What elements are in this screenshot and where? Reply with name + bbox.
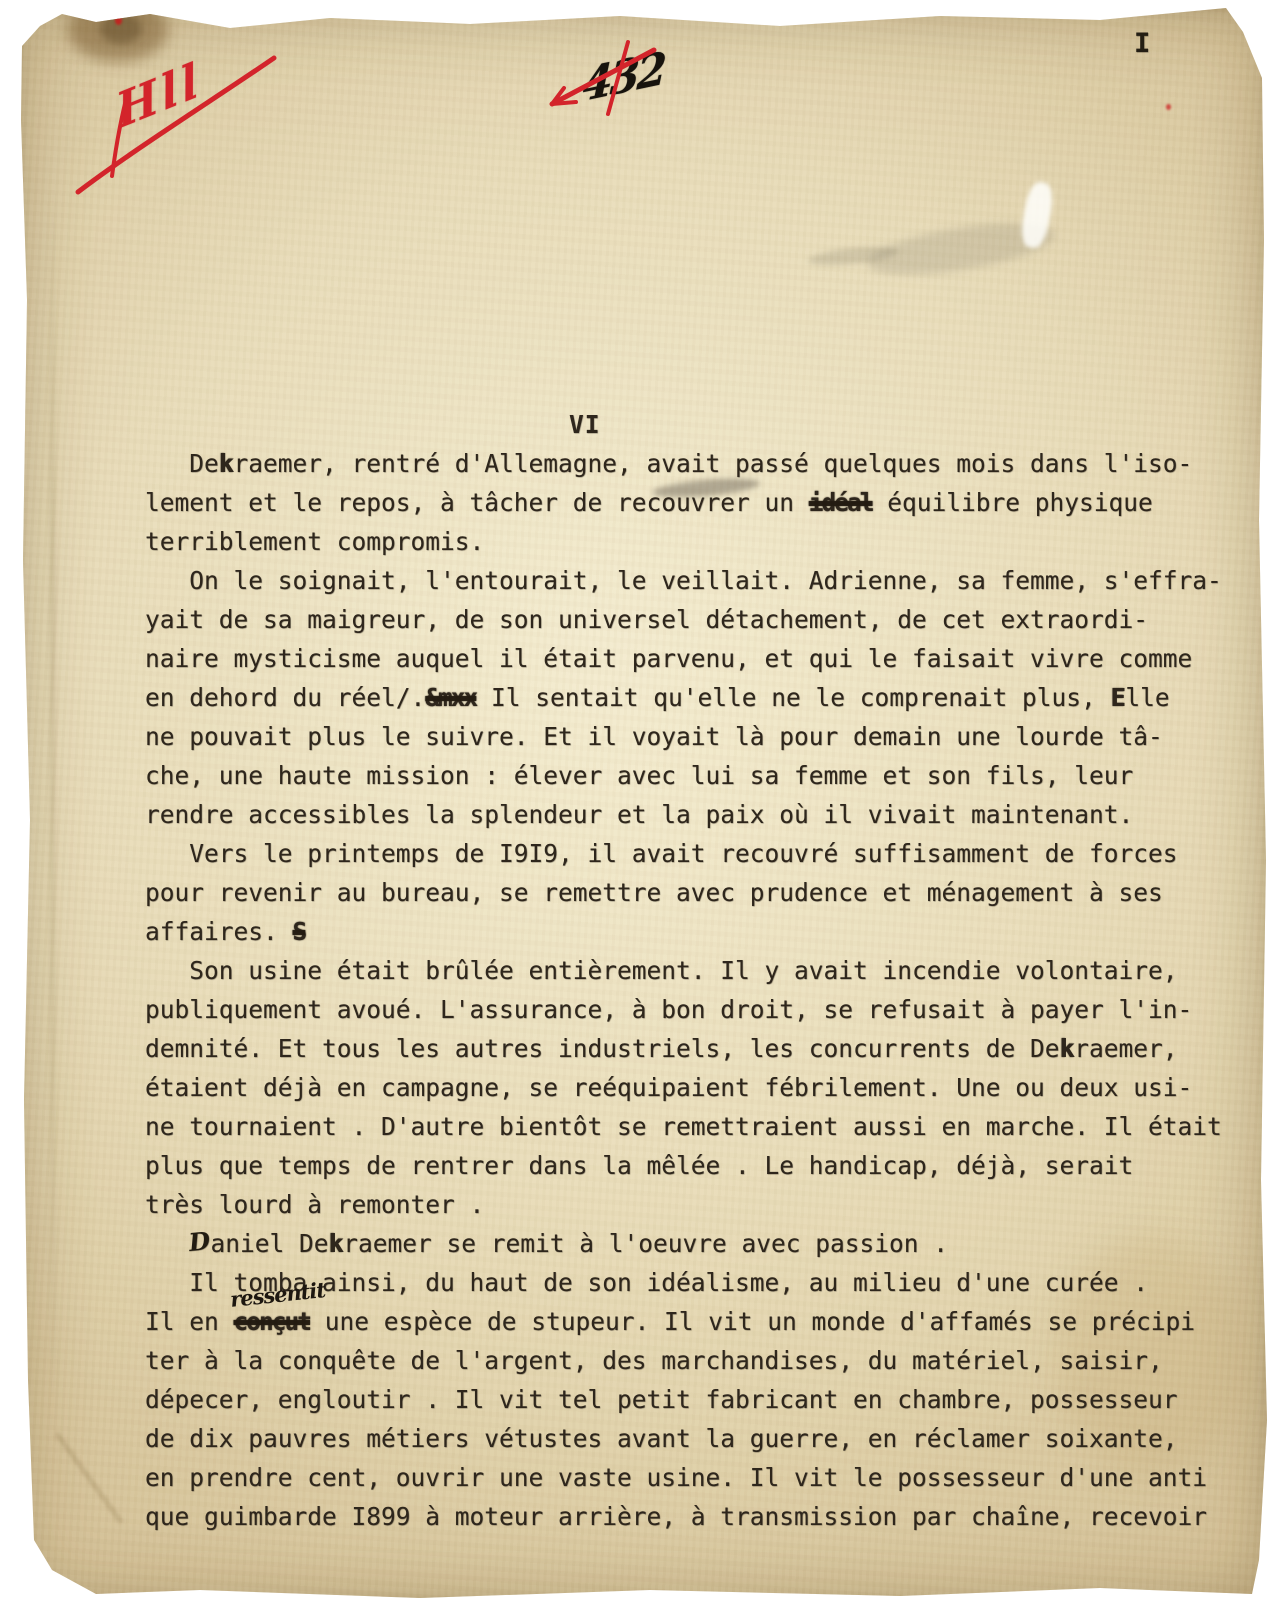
text-line: naire mysticisme auquel il était parvenu… [145,639,1255,678]
typewritten-text: une espèce de stupeur. Il vit un monde d… [310,1307,1195,1336]
brown-stain-dark [100,14,142,44]
typewritten-text: de dix pauvres métiers vétustes avant la… [145,1424,1178,1453]
red-arrowhead [552,88,576,104]
typewritten-text: dépecer, engloutir . Il vit tel petit fa… [145,1385,1178,1414]
text-line: très lourd à remonter . [145,1185,1255,1224]
text-line: en prendre cent, ouvrir une vaste usine.… [145,1458,1255,1497]
overstruck-text: idéal [809,488,873,517]
corner-fold-line [55,1432,123,1523]
typewritten-text: On le soignait, l'entourait, le veillait… [145,566,1222,595]
text-line: en dehord du réel/.&mxx Il sentait qu'el… [145,678,1255,717]
chapter-heading: VI [145,405,1255,444]
overstruck-text: k [329,1229,344,1258]
text-line: On le soignait, l'entourait, le veillait… [145,561,1255,600]
typewritten-text: publiquement avoué. L'assurance, à bon d… [145,995,1192,1024]
typewritten-text [145,1229,189,1258]
text-line: étaient déjà en campagne, se reéquipaien… [145,1068,1255,1107]
overstruck-text: D [187,1221,212,1262]
typewritten-text: ter à la conquête de l'argent, des march… [145,1346,1163,1375]
typewritten-text: demnité. Et tous les autres industriels,… [145,1034,1060,1063]
typewritten-text: raemer, rentré d'Allemagne, avait passé … [234,449,1193,478]
text-line: publiquement avoué. L'assurance, à bon d… [145,990,1255,1029]
text-line: demnité. Et tous les autres industriels,… [145,1029,1255,1068]
text-line: pour revenir au bureau, se remettre avec… [145,873,1255,912]
typewritten-text: en dehord du réel/. [145,683,425,712]
typewritten-text: terriblement compromis. [145,527,484,556]
overstruck-text: k [219,449,234,478]
manuscript-page: I Hll 432 VI Dekraemer, rentré d'Allemag… [16,6,1270,1604]
brown-stain [68,0,168,62]
typewritten-text: étaient déjà en campagne, se reéquipaien… [145,1073,1192,1102]
text-line: Son usine était brûlée entièrement. Il y… [145,951,1255,990]
corrected-word: ressentitconçut [234,1302,311,1341]
typewritten-text: ne tournaient . D'autre bientôt se remet… [145,1112,1222,1141]
overstruck-text: &mxx [425,683,476,712]
typewritten-text: plus que temps de rentrer dans la mêlée … [145,1151,1133,1180]
typewritten-text: lle [1125,683,1169,712]
typewritten-text: rendre accessibles la splendeur et la pa… [145,800,1133,829]
typewritten-text: que guimbarde I899 à moteur arrière, à t… [145,1502,1207,1531]
overstruck-text: S [293,917,306,946]
text-line: lement et le repos, à tâcher de recouvre… [145,483,1255,522]
crossed-out-number: 432 [582,43,665,113]
paper-crease [50,186,55,1436]
paper-scuff [1018,180,1055,250]
overstruck-text: E [1111,683,1126,712]
text-line: affaires. S [145,912,1255,951]
text-line: ter à la conquête de l'argent, des march… [145,1341,1255,1380]
erased-pencil-smudge [807,243,898,268]
typewritten-text: Son usine était brûlée entièrement. Il y… [145,956,1178,985]
typewritten-text: ne pouvait plus le suivre. Et il voyait … [145,722,1163,751]
red-speck [1166,104,1171,110]
typewritten-text: yait de sa maigreur, de son universel dé… [145,605,1148,634]
typewritten-text: Il sentait qu'elle ne le comprenait plus… [476,683,1110,712]
typewritten-text: raemer, [1074,1034,1177,1063]
typewritten-text-block: VI Dekraemer, rentré d'Allemagne, avait … [145,405,1255,1536]
text-line: yait de sa maigreur, de son universel dé… [145,600,1255,639]
text-line: che, une haute mission : élever avec lui… [145,756,1255,795]
typewritten-text: aniel De [211,1229,329,1258]
text-line: ne tournaient . D'autre bientôt se remet… [145,1107,1255,1146]
typewritten-text: affaires. [145,917,293,946]
typewritten-text: naire mysticisme auquel il était parvenu… [145,644,1192,673]
typewritten-text: pour revenir au bureau, se remettre avec… [145,878,1163,907]
typewritten-text: De [145,449,219,478]
page-number: I [1134,28,1150,59]
text-line: Dekraemer, rentré d'Allemagne, avait pas… [145,444,1255,483]
text-line: rendre accessibles la splendeur et la pa… [145,795,1255,834]
typewritten-text: Vers le printemps de I9I9, il avait reco… [145,839,1178,868]
red-speck [115,16,122,25]
typewritten-lines: Dekraemer, rentré d'Allemagne, avait pas… [145,444,1255,1536]
text-line: plus que temps de rentrer dans la mêlée … [145,1146,1255,1185]
text-line: que guimbarde I899 à moteur arrière, à t… [145,1497,1255,1536]
typewritten-text: équilibre physique [873,488,1153,517]
typewritten-text: che, une haute mission : élever avec lui… [145,761,1133,790]
text-line: Daniel Dekraemer se remit à l'oeuvre ave… [145,1224,1255,1263]
text-line: dépecer, engloutir . Il vit tel petit fa… [145,1380,1255,1419]
overstruck-text: k [1060,1034,1075,1063]
typewritten-text: Il en [145,1307,234,1336]
typewritten-text: très lourd à remonter . [145,1190,484,1219]
typewritten-text: raemer se remit à l'oeuvre avec passion … [343,1229,948,1258]
red-pencil-annotation: Hll [112,51,205,139]
text-line: ne pouvait plus le suivre. Et il voyait … [145,717,1255,756]
text-line: Il en ressentitconçut une espèce de stup… [145,1302,1255,1341]
erased-pencil-smudge [864,213,1058,284]
text-line: Vers le printemps de I9I9, il avait reco… [145,834,1255,873]
typewritten-text: en prendre cent, ouvrir une vaste usine.… [145,1463,1207,1492]
typewritten-text: lement et le repos, à tâcher de recouvre… [145,488,809,517]
text-line: de dix pauvres métiers vétustes avant la… [145,1419,1255,1458]
text-line: terriblement compromis. [145,522,1255,561]
